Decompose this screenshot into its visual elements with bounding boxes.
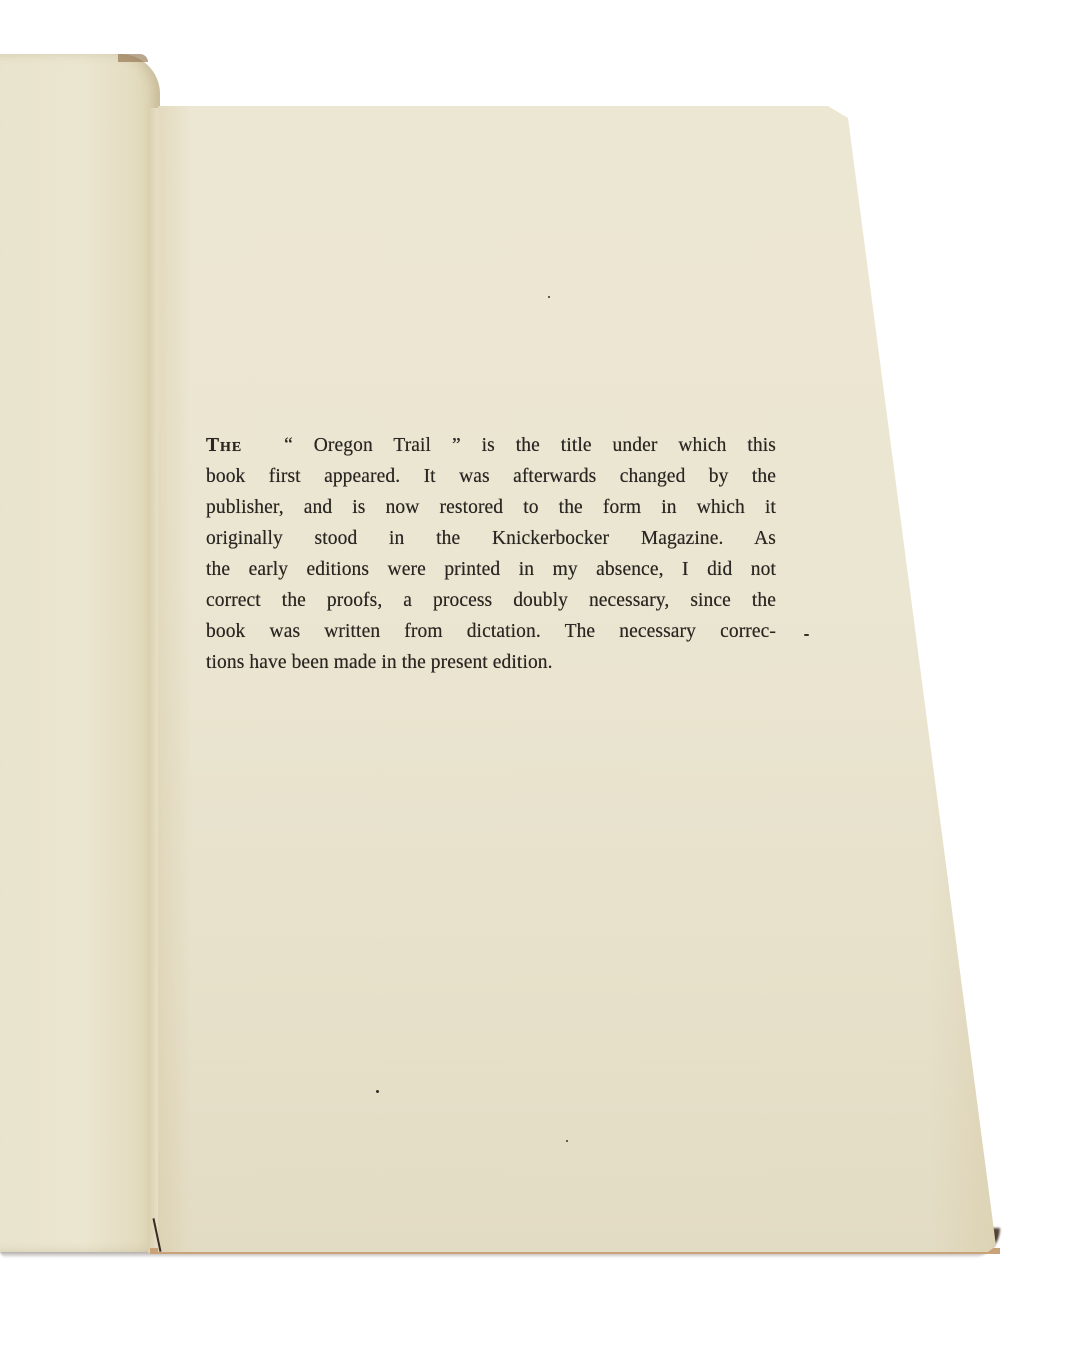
paper-speck: [548, 296, 550, 298]
paper-speck: [804, 634, 809, 636]
left-page: [0, 54, 160, 1252]
paper-speck: [376, 1090, 379, 1093]
preface-line-8: tions have been made in the present edit…: [206, 647, 776, 678]
preface-line-5: the early editions were printed in my ab…: [206, 554, 776, 585]
preface-line-7: book was written from dictation. The nec…: [206, 616, 776, 647]
lead-word: The: [206, 435, 242, 456]
preface-line-6: correct the proofs, a process doubly nec…: [206, 585, 776, 616]
preface-line-4: originally stood in the Knickerbocker Ma…: [206, 523, 776, 554]
preface-line-1: The “ Oregon Trail ” is the title under …: [206, 430, 776, 461]
paper-speck: [566, 1140, 568, 1142]
right-page: [158, 106, 996, 1252]
preface-line-3: publisher, and is now restored to the fo…: [206, 492, 776, 523]
preface-paragraph: The “ Oregon Trail ” is the title under …: [206, 430, 776, 678]
preface-line-2: book first appeared. It was afterwards c…: [206, 461, 776, 492]
